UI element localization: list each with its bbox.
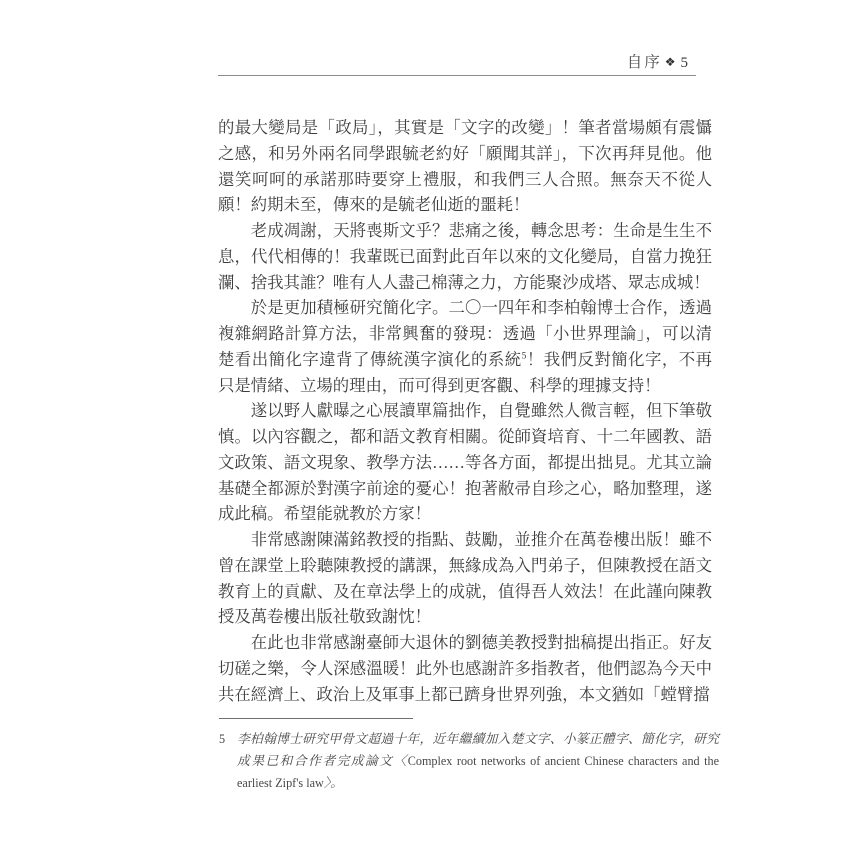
paragraph-2: 老成凋謝，天將喪斯文乎？悲痛之後，轉念思考：生命是生生不息，代代相傳的！我輩既已… — [218, 218, 712, 295]
footnote-text: 李柏翰博士研究甲骨文超過十年，近年繼續加入楚文字、小篆正體字、簡化字，研究成果已… — [237, 729, 719, 794]
header-rule — [218, 75, 696, 76]
paragraph-6: 在此也非常感謝臺師大退休的劉德美教授對拙稿提出指正。好友切磋之樂，令人深感溫暖！… — [218, 630, 712, 707]
footnote-zh-after: 〉。 — [324, 776, 343, 790]
paragraph-4: 遂以野人獻曝之心展讀單篇拙作，自覺雖然人微言輕，但下筆敬慎。以內容觀之，都和語文… — [218, 398, 712, 527]
book-page: 自序❖5 的最大變局是「政局」，其實是「文字的改變」！筆者當場頗有震懾之感，和另… — [0, 0, 850, 850]
ornament-diamond-icon: ❖ — [665, 55, 676, 69]
page-number: 5 — [681, 55, 689, 71]
footnote-rule — [219, 718, 413, 719]
paragraph-5: 非常感謝陳滿銘教授的指點、鼓勵，並推介在萬卷樓出版！雖不曾在課堂上聆聽陳教授的講… — [218, 527, 712, 630]
section-title: 自序 — [627, 54, 662, 71]
paragraph-3: 於是更加積極研究簡化字。二〇一四年和李柏翰博士合作，透過複雜網路計算方法，非常興… — [218, 295, 712, 398]
footnote: 5 李柏翰博士研究甲骨文超過十年，近年繼續加入楚文字、小篆正體字、簡化字，研究成… — [219, 729, 719, 794]
paragraph-1: 的最大變局是「政局」，其實是「文字的改變」！筆者當場頗有震懾之感，和另外兩名同學… — [218, 115, 712, 218]
body-text: 的最大變局是「政局」，其實是「文字的改變」！筆者當場頗有震懾之感，和另外兩名同學… — [218, 115, 712, 707]
footnote-number: 5 — [219, 729, 237, 751]
running-header: 自序❖5 — [218, 52, 688, 74]
